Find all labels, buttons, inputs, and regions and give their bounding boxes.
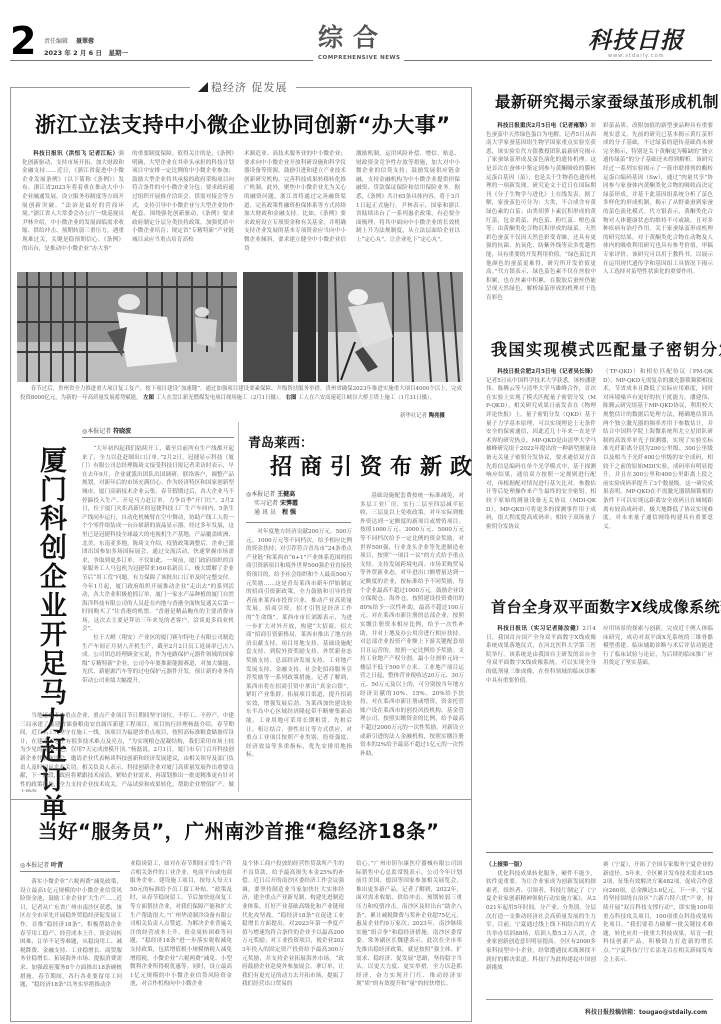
quantum-text-1: 记者5日从中国科学技术大学获悉，该校潘建伟、陈腾云等与清华大学马雄峰合作，首次在… <box>486 378 596 530</box>
guangzhou-col-3: 及个体工商户投放的经营性贷款所产生的不良贷款，给予最高损失本金25%的补偿。近日… <box>242 860 344 1016</box>
qingdao-text-1: 对年度地方经济贡献200万元、500万元、1000万元等不同档次，给予相应比例的… <box>246 528 352 760</box>
rebar-worker-image <box>17 272 237 382</box>
silkworm-col-2: 彩茧品质、改附加值的新型蚕品种具有重要现实意义。先前的研究已基本揭示黄红茧形成的… <box>603 122 713 318</box>
credit-name: 陶亮摄 <box>429 413 445 419</box>
banner-flag-icon <box>198 82 208 92</box>
continuation-top-rule <box>486 852 713 853</box>
qingdao-col-2: 基础设施配套费按统一标准减免，对多层工业厂房，实行二层至四层减半征收，三层及以上… <box>360 492 464 790</box>
header-rule-right <box>404 60 712 61</box>
caption-right-label: 右图 <box>286 395 297 401</box>
quantum-headline: 我国实现模式匹配量子密钥分发 <box>491 337 721 360</box>
section-title-char-1: 综 <box>318 23 353 52</box>
zhejiang-col-3: 术制造业、高技术服务业的中小微企业；要求向中小微企业开放科研设施和科学仪器设备等… <box>244 150 346 262</box>
xray-col-1: 科技日报讯（实习记者陈汝健）2月4日，我国首台国产全身双平面数字X线成像系统成果… <box>486 625 596 847</box>
caption-left-desc: 工人在盘江新光燃煤发电项目现场施工（2月1日摄）。 <box>156 395 284 401</box>
xray-col-2: 应用场景的探索与创新，完成近千例人体临床研究，成功对双平面X光系统的三维骨骼模型… <box>603 625 713 847</box>
continuation-col-1: （上接第一版） 优化科技成果转化服务，硬件不能少，软件更重要。为让企业家成为创新… <box>486 861 596 1001</box>
editor-name: 聂翠蓉 <box>76 38 94 45</box>
xiamen-byline-rule <box>82 437 234 438</box>
guangzhou-col-2: 业稳岗留工，如对在春节期间正常生产符合相关条件的工业企业、电商平台或电商服务企业… <box>130 860 232 1016</box>
caption-left-label: 左图 <box>143 395 154 401</box>
caption-right-desc: 工人在六安高速花江峡谷大桥主塔上施工（1月31日摄）。 <box>298 395 435 401</box>
construction-photo-right <box>243 272 463 382</box>
masthead-logo: 科技日报 <box>588 22 684 55</box>
guangzhou-byline: ◎本报记者 叶青 <box>20 860 63 869</box>
guangzhou-byline-rule <box>20 871 120 872</box>
submission-email: 科技日报投稿信箱：tougao@stdaily.com <box>585 1007 707 1016</box>
continuation-text-2: 赛（宁夏），开拓了全国专家服务宁夏企业的新途径。5年来，全区累计发布技术需求10… <box>603 861 713 964</box>
xiamen-col-wide: 当地还有不少重点企业、重点产业项目节日期间坚守岗位、不停工、不停产。中建三局承建… <box>20 712 234 792</box>
silkworm-dateline: 科技日报重庆2月5日电（记者雍黎） <box>497 123 590 129</box>
bridge-tower-worker-image <box>243 272 463 382</box>
quantum-col-2: （TF-QKD）和相位匹配协议（PM-QKD），MP-QKD无需复杂的激光器锁频… <box>603 368 713 568</box>
guangzhou-byline-name: 叶青 <box>51 862 63 869</box>
quantum-text-2: （TF-QKD）和相位匹配协议（PM-QKD），MP-QKD无需复杂的激光器锁频… <box>603 368 713 531</box>
silkworm-headline: 最新研究揭示家蚕绿茧形成机制 <box>495 90 719 112</box>
editor-label: 责任编辑 <box>44 38 68 45</box>
footer-rule <box>486 999 713 1000</box>
xray-text-1: 2月4日，我国首台国产全身双平面数字X线成像系统成果落地仪式，在河北医科大学第三… <box>486 626 596 684</box>
xiamen-byline: ◎本报记者 符晓波 <box>82 426 131 435</box>
xray-dateline: 科技日报讯（实习记者陈汝健） <box>497 626 582 632</box>
qingdao-kicker: 青岛莱西： <box>248 432 313 451</box>
page-header: 2 责任编辑 聂翠蓉 2023 年 2 月 6 日 星期一 综合 COMPREH… <box>0 0 721 62</box>
quantum-dateline: 科技日报合肥2月5日电（记者吴长锋） <box>497 369 596 375</box>
xiamen-qingdao-divider <box>238 422 239 792</box>
section-banner: 稳经济 促发展 <box>190 78 296 96</box>
editor-line: 责任编辑 聂翠蓉 <box>44 36 94 45</box>
zhejiang-dateline: 科技日报讯（洪恒飞 记者江耘） <box>33 151 118 157</box>
zhejiang-col-2: 的重要制度保障。值得关注的是，《条例》明确，大型企业在其牵头承担的科技计划项目中… <box>132 150 234 262</box>
qingdao-byline-2: 实习记者 宋霁霞 <box>246 499 298 508</box>
guangzhou-text-4: 信心。”广州市钽尔康医疗器械有限公司国际销售中心总监常锐表示，公司今年计划前往美… <box>356 860 462 989</box>
zhejiang-text-3: 术制造业、高技术服务业的中小微企业；要求向中小微企业开放科研设施和科学仪器设备等… <box>244 150 346 253</box>
xiamen-byline-name: 符晓波 <box>113 428 131 435</box>
guangzhou-text-1: 落实小微企业“六税两费”减免政策，设立最高1亿元规模的中小微企业信贷风险资金池，… <box>20 878 122 990</box>
quantum-col-1: 科技日报合肥2月5日电（记者吴长锋）记者5日从中国科学技术大学获悉，该校潘建伟、… <box>486 368 596 568</box>
guangzhou-text-3: 及个体工商户投放的经营性贷款所产生的不良贷款，给予最高损失本金25%的补偿。近日… <box>242 860 344 989</box>
guangzhou-headline: 当好“服务员”，广州南沙首推“稳经济18条” <box>38 816 439 844</box>
continuation-text-1: 优化科技成果转化服务，硬件不能少，软件更重要。为让企业家成为创新发展的探索者、组… <box>486 870 596 973</box>
qingdao-col-1: 对年度地方经济贡献200万元、500万元、1000万元等不同档次，给予相应比例的… <box>246 528 352 790</box>
xiamen-text-2: 位于大嶝（翔安）产业区的厦门赛尔特电子有限公司制造生产车间正月初八开机生产，截至… <box>82 634 234 686</box>
xiamen-text-3: 当地还有不少重点企业、重点产业项目节日期间坚守岗位、不停工、不停产。中建三局承建… <box>20 712 234 792</box>
silkworm-text-2: 彩茧品质、改附加值的新型蚕品种具有重要现实意义。先前的研究已基本揭示黄红茧形成的… <box>603 122 713 277</box>
masthead-website: www.stdaily.com <box>608 53 665 59</box>
guangzhou-text-2: 业稳岗留工，如对在春节期间正常生产符合相关条件的工业企业、电商平台或电商服务企业… <box>130 860 232 989</box>
zhejiang-text-4: 激励机制，运用风险补偿、增信、贴息、财政资金竞争性存放等措施，加大对中小微企业的… <box>356 150 460 245</box>
zhejiang-headline: 浙江立法支持中小微企业协同创新“办大事” <box>35 112 451 138</box>
guangzhou-col-1: 落实小微企业“六税两费”减免政策，设立最高1亿元规模的中小微企业信贷风险资金池，… <box>20 878 122 1016</box>
xray-text-2: 应用场景的探索与创新，完成近千例人体临床研究，成功对双平面X光系统的三维骨骼模型… <box>603 625 713 668</box>
qingdao-byline-3: 通讯员 程强 <box>246 508 298 517</box>
continuation-col-2: 赛（宁夏），开拓了全国专家服务宁夏企业的新途径。5年来，全区累计发布技术需求10… <box>603 861 713 1001</box>
silkworm-col-1: 科技日报重庆2月5日电（记者雍黎）彩色蚕茧中天然绿色蛋白为电解。记者5日从西南大… <box>486 122 596 318</box>
banner-text: 稳经济 促发展 <box>211 79 288 95</box>
zhejiang-col-4: 激励机制，运用风险补偿、增信、贴息、财政资金竞争性存放等措施，加大对中小微企业的… <box>356 150 460 262</box>
xiamen-text-1: “大年初四起我们陆续开工，截至目前所有生产线都开起来了，全力以赴赶制出口订单。”… <box>82 445 234 634</box>
continuation-label: （上接第一版） <box>486 861 596 870</box>
qingdao-byline-rule <box>246 522 351 523</box>
zhejiang-text-1: 强化创新驱动、支持市场开拓、加大财政和金融支持……近日，《浙江省促进中小微企业发… <box>22 151 124 252</box>
zhejiang-col-1: 科技日报讯（洪恒飞 记者江耘）强化创新驱动、支持市场开拓、加大财政和金融支持……… <box>22 150 124 262</box>
guangzhou-top-rule <box>10 799 472 800</box>
xray-headline: 首台全身双平面数字X线成像系统落地 <box>491 596 721 617</box>
xiamen-col-main: “大年初四起我们陆续开工，截至目前所有生产线都开起来了，全力以赴赶制出口订单。”… <box>82 445 234 710</box>
section-subtitle: COMPREHENSIVE NEWS <box>318 55 401 61</box>
guangzhou-byline-prefix: ◎本报记者 <box>20 862 49 869</box>
photo-caption: 春节过后，贵州省全力推进重大项目复工复产，按下项目建设“加速键”。通过加强项目建… <box>20 385 462 419</box>
header-rule-left <box>10 60 313 61</box>
section-title-char-2: 合 <box>353 23 388 52</box>
section-title: 综合 <box>318 18 388 54</box>
photo-credit: 新华社记者 陶亮摄 <box>400 411 445 419</box>
qingdao-bylines: ◎本报记者 王健高 实习记者 宋霁霞 通讯员 程强 <box>246 490 298 517</box>
construction-photo-left <box>17 272 237 382</box>
guangzhou-col-4: 信心。”广州市钽尔康医疗器械有限公司国际销售中心总监常锐表示，公司今年计划前往美… <box>356 860 462 1016</box>
issue-date: 2023 年 2 月 6 日 星期一 <box>44 48 128 57</box>
xiamen-byline-prefix: ◎本报记者 <box>82 428 111 435</box>
credit-prefix: 新华社记者 <box>400 413 427 419</box>
silkworm-text-1: 彩色蚕茧中天然绿色蛋白为电解。记者5日从西南大学家蚕基因组生物学国家重点实验室获… <box>486 123 596 301</box>
zhejiang-text-2: 的重要制度保障。值得关注的是，《条例》明确，大型企业在其牵头承担的科技计划项目中… <box>132 150 234 245</box>
qingdao-text-2: 基础设施配套费按统一标准减免，对多层工业厂房，实行二层至四层减半征收，三层及以上… <box>360 492 464 758</box>
qingdao-byline-1: ◎本报记者 王健高 <box>246 490 298 499</box>
qingdao-headline: 招商引资布新政 <box>270 450 480 481</box>
page-number: 2 <box>10 22 36 60</box>
